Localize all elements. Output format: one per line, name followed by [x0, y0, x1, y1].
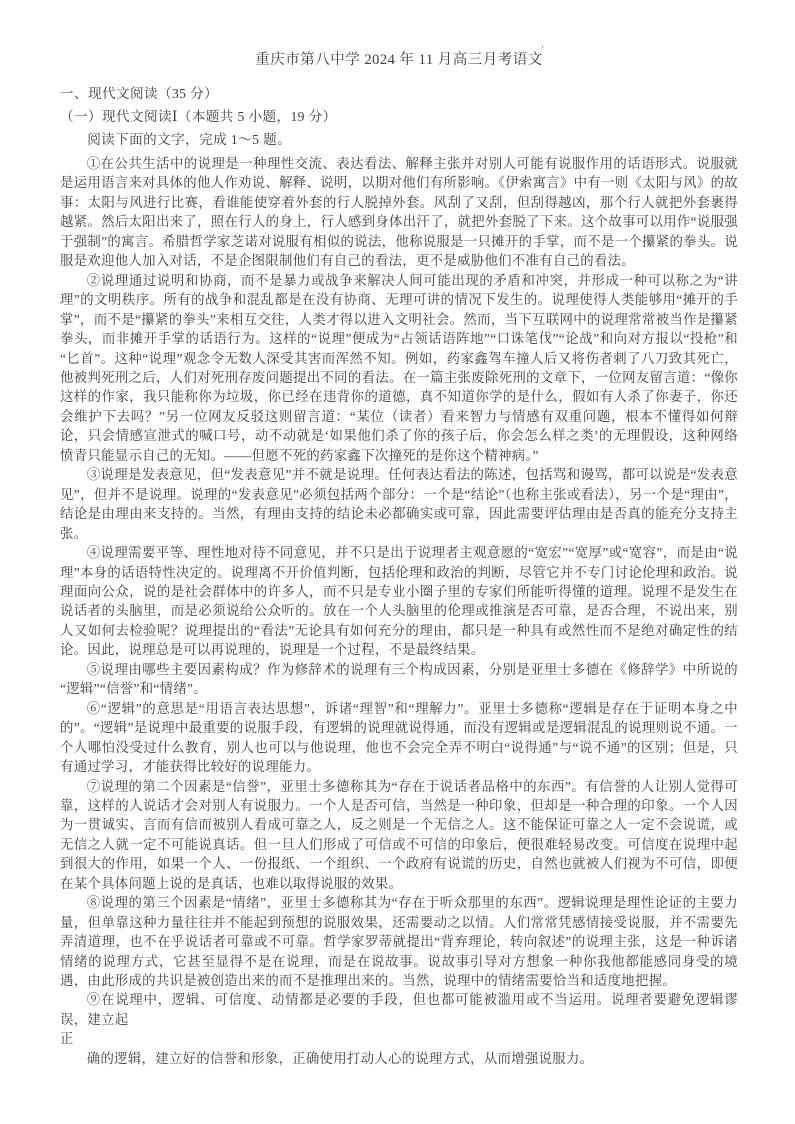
section-heading: 一、现代文阅读（35 分） — [60, 82, 738, 105]
reading-instruction: 阅读下面的文字，完成 1～5 题。 — [60, 128, 738, 151]
passage-paragraph-4: ④说理需要平等、理性地对待不同意见，并不只是出于说理者主观意愿的“宽宏”“宽厚”… — [60, 543, 738, 660]
reading-passage: ①在公共生活中的说理是一种理性交流、表达看法、解释主张并对别人可能有说服作用的话… — [60, 154, 738, 1068]
passage-orphan-character-line: 正 — [60, 1029, 738, 1048]
subsection-heading: （一）现代文阅读Ⅰ（本题共 5 小题，19 分） — [60, 105, 738, 128]
passage-paragraph-6: ⑥“逻辑”的意思是“用语言表达思想”，诉诸“理智”和“理解力”。亚里士多德称“逻… — [60, 699, 738, 777]
passage-paragraph-1: ①在公共生活中的说理是一种理性交流、表达看法、解释主张并对别人可能有说服作用的话… — [60, 154, 738, 271]
passage-paragraph-9: ⑨在说理中，逻辑、可信度、动情都是必要的手段，但也都可能被滥用或不当运用。说理者… — [60, 990, 738, 1029]
document-title: 重庆市第八中学 2024 年 11 月高三月考语文 — [60, 50, 738, 70]
passage-paragraph-8: ⑧说理的第三个因素是“情绪”，亚里士多德称其为“存在于听众那里的东西”。逻辑说理… — [60, 893, 738, 990]
passage-paragraph-5: ⑤说理由哪些主要因素构成？作为修辞术的说理有三个构成因素，分别是亚里士多德在《修… — [60, 660, 738, 699]
document-content: 重庆市第八中学 2024 年 11 月高三月考语文 一、现代文阅读（35 分） … — [60, 50, 738, 1068]
passage-closing-line: 确的逻辑，建立好的信誉和形象，正确使用打动人心的说理方式，从而增强说服力。 — [60, 1049, 738, 1068]
exam-document-page: ’ 重庆市第八中学 2024 年 11 月高三月考语文 一、现代文阅读（35 分… — [0, 0, 795, 1124]
passage-paragraph-2: ②说理通过说明和协商，而不是暴力或战争来解决人间可能出现的矛盾和冲突，并形成一种… — [60, 271, 738, 466]
passage-paragraph-7: ⑦说理的第二个因素是“信誉”，亚里士多德称其为“存在于说话者品格中的东西”。有信… — [60, 777, 738, 894]
passage-paragraph-3: ③说理是发表意见，但“发表意见”并不就是说理。任何表达看法的陈述，包括骂和谩骂，… — [60, 465, 738, 543]
